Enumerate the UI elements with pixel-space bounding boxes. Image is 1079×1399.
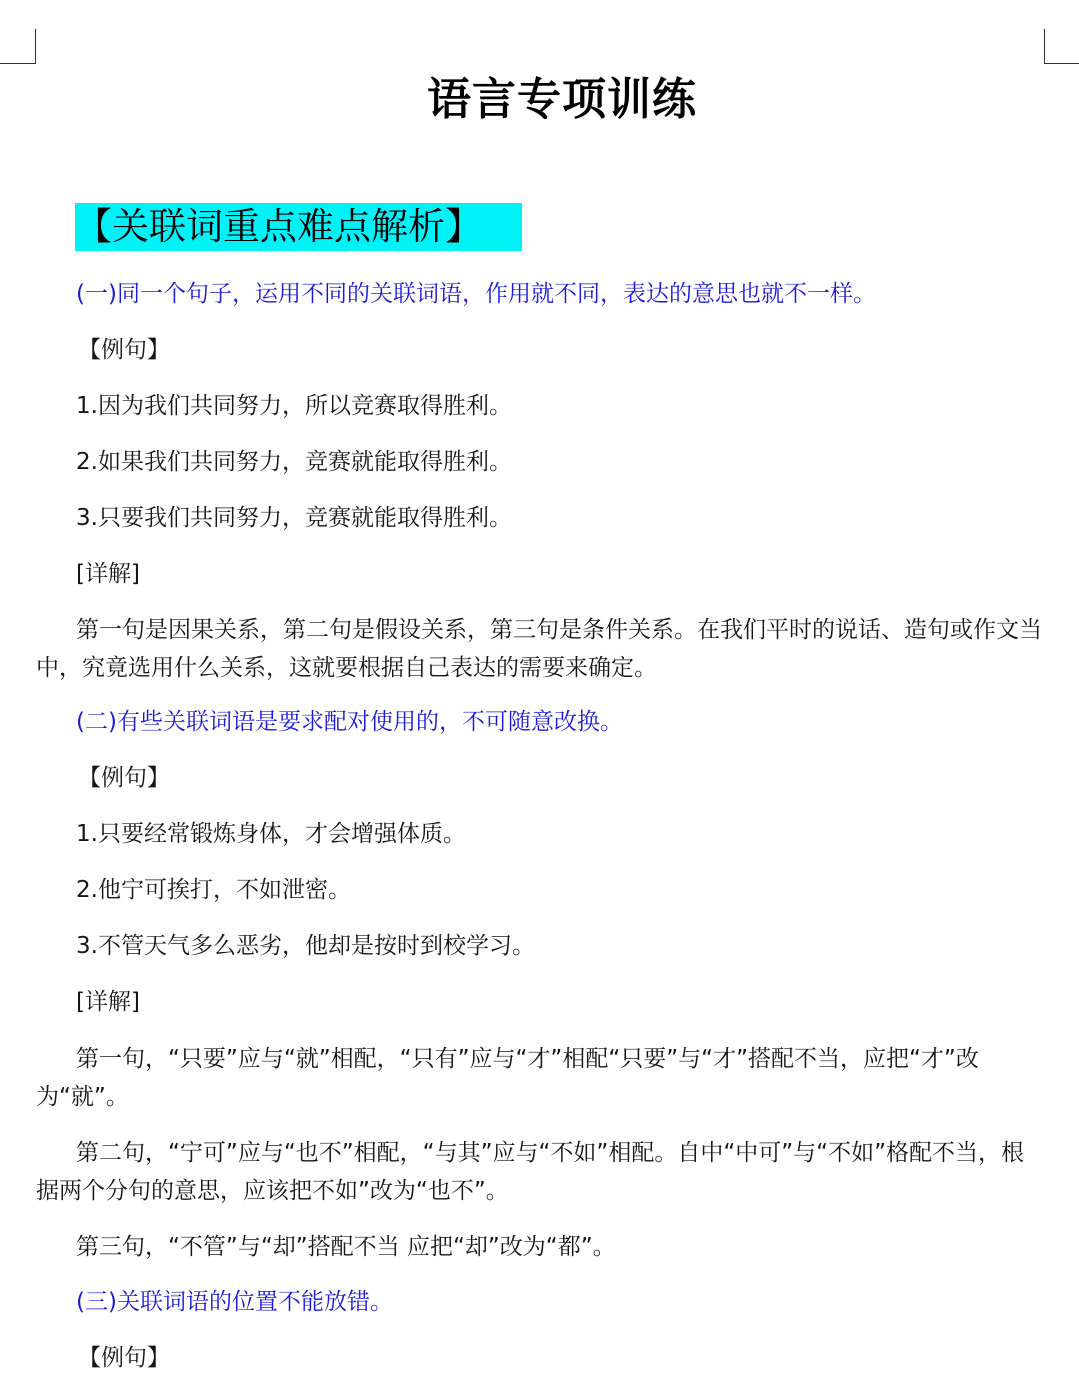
- example-2-1: 1.只要经常锻炼身体，才会增强体质。: [76, 819, 466, 849]
- example-label-3: 【例句】: [78, 1343, 170, 1373]
- explain-label-1: [详解]: [76, 559, 140, 589]
- subheading-2: (二)有些关联词语是要求配对使用的，不可随意改换。: [76, 707, 623, 737]
- explanation-2-2: 第二句，“宁可”应与“也不”相配，“与其”应与“不如”相配。自中“中可”与“不如…: [36, 1134, 1046, 1210]
- subheading-1: (一)同一个句子，运用不同的关联词语，作用就不同，表达的意思也就不一样。: [76, 279, 876, 309]
- crop-mark-top-right: [1044, 29, 1079, 64]
- example-label-2: 【例句】: [78, 763, 170, 793]
- example-2-3: 3.不管天气多么恶劣，他却是按时到校学习。: [76, 931, 535, 961]
- explanation-1: 第一句是因果关系，第二句是假设关系，第三句是条件关系。在我们平时的说话、造句或作…: [36, 611, 1046, 687]
- example-1-3: 3.只要我们共同努力，竞赛就能取得胜利。: [76, 503, 512, 533]
- example-1-2: 2.如果我们共同努力，竞赛就能取得胜利。: [76, 447, 512, 477]
- explain-label-2: [详解]: [76, 987, 140, 1017]
- example-2-2: 2.他宁可挨打，不如泄密。: [76, 875, 351, 905]
- explanation-2-1: 第一句，“只要”应与“就”相配，“只有”应与“才”相配“只要”与“才”搭配不当，…: [36, 1040, 1046, 1116]
- section-heading-highlighted: 【关联词重点难点解析】: [75, 203, 522, 251]
- document-title: 语言专项训练: [0, 70, 1079, 130]
- example-1-1: 1.因为我们共同努力，所以竞赛取得胜利。: [76, 391, 512, 421]
- explanation-2-3: 第三句，“不管”与“却”搭配不当 应把“却”改为“都”。: [36, 1228, 1046, 1266]
- crop-mark-top-left: [0, 29, 36, 64]
- example-label-1: 【例句】: [78, 335, 170, 365]
- subheading-3: (三)关联词语的位置不能放错。: [76, 1287, 393, 1317]
